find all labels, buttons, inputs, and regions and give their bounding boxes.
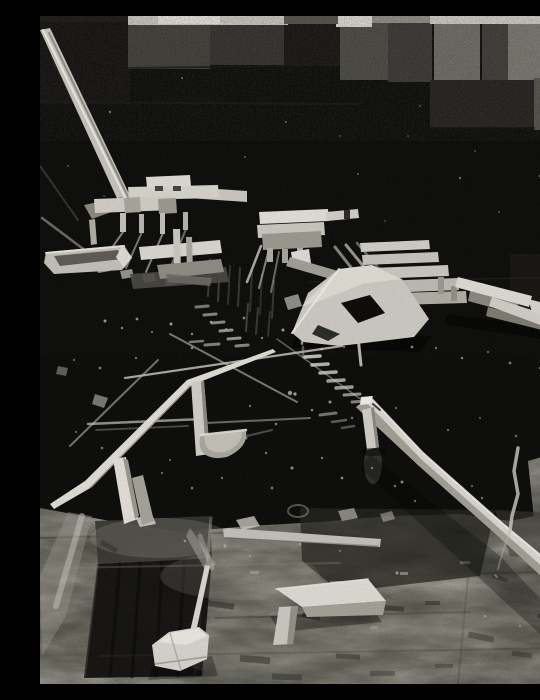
film-grain (40, 16, 540, 684)
installation-photo (40, 16, 540, 684)
paint-root (40, 16, 540, 684)
film-grain (40, 16, 540, 684)
photo-frame (40, 16, 540, 684)
